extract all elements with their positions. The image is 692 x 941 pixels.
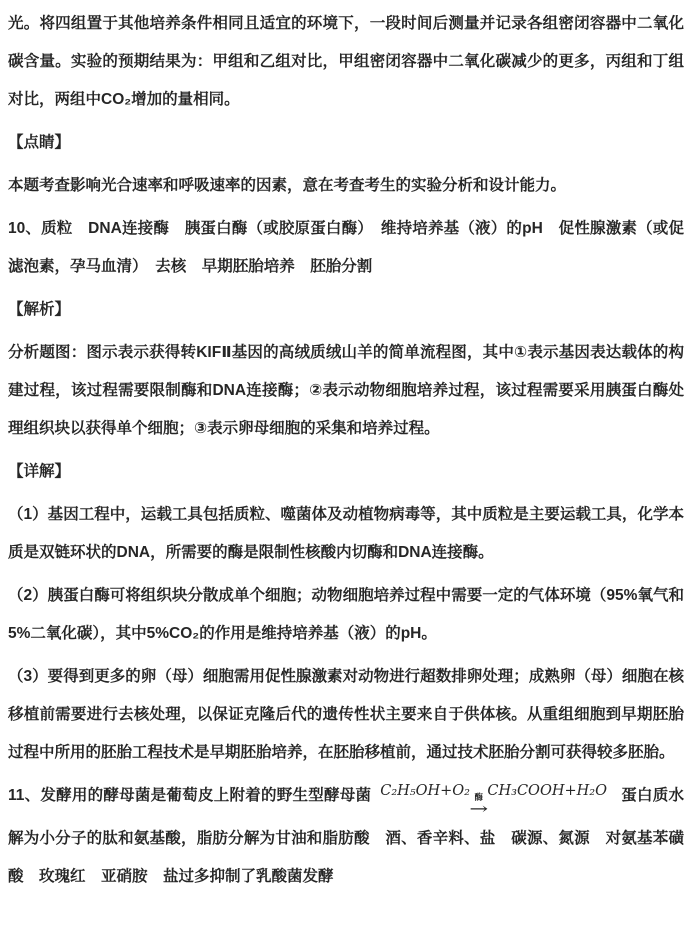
paragraph-q11-answer: 11、发酵用的酵母菌是葡萄皮上附着的野生型酵母菌C₂H₅OH+O₂酶→CH₃CO… bbox=[8, 777, 684, 896]
right-arrow-icon: → bbox=[469, 802, 488, 815]
paragraph-detail-3: （3）要得到更多的卵（母）细胞需用促性腺激素对动物进行超数排卵处理；成熟卵（母）… bbox=[8, 658, 684, 772]
paragraph-detail-1: （1）基因工程中，运载工具包括质粒、噬菌体及动植物病毒等，其中质粒是主要运载工具… bbox=[8, 496, 684, 572]
section-header-xiangjie: 【详解】 bbox=[8, 453, 684, 491]
equation-reactants: C₂H₅OH+O₂ bbox=[380, 783, 470, 799]
paragraph-dianjing-body: 本题考查影响光合速率和呼吸速率的因素，意在考查考生的实验分析和设计能力。 bbox=[8, 167, 684, 205]
paragraph-continuation: 光。将四组置于其他培养条件相同且适宜的环境下，一段时间后测量并记录各组密闭容器中… bbox=[8, 5, 684, 119]
section-header-dianjing: 【点睛】 bbox=[8, 124, 684, 162]
chemical-equation: C₂H₅OH+O₂酶→CH₃COOH+H₂O bbox=[380, 783, 607, 799]
reaction-arrow: 酶→ bbox=[472, 793, 485, 815]
paragraph-q10-answer: 10、质粒 DNA连接酶 胰蛋白酶（或胶原蛋白酶） 维持培养基（液）的pH 促性… bbox=[8, 210, 684, 286]
q11-text-pre: 11、发酵用的酵母菌是葡萄皮上附着的野生型酵母菌 bbox=[8, 787, 371, 804]
equation-products: CH₃COOH+H₂O bbox=[487, 783, 607, 799]
paragraph-jiexi-body: 分析题图：图示表示获得转KIFⅡ基因的高绒质绒山羊的简单流程图，其中①表示基因表… bbox=[8, 334, 684, 448]
document-page: 光。将四组置于其他培养条件相同且适宜的环境下，一段时间后测量并记录各组密闭容器中… bbox=[0, 0, 692, 941]
paragraph-detail-2: （2）胰蛋白酶可将组织块分散成单个细胞；动物细胞培养过程中需要一定的气体环境（9… bbox=[8, 577, 684, 653]
section-header-jiexi: 【解析】 bbox=[8, 291, 684, 329]
